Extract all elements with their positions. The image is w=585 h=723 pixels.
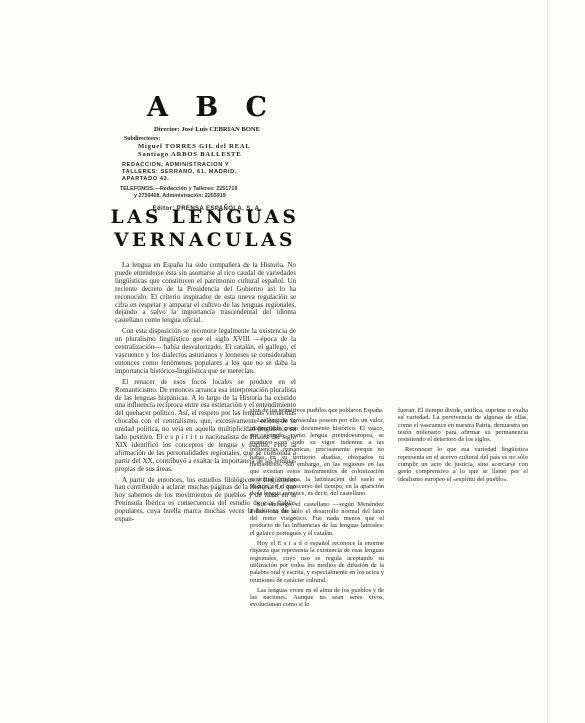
newspaper-page: A B C Director: José Luis CEBRIAN BONE S… [0,0,585,723]
paragraph: La lengua en España ha sido compañera de… [115,262,296,325]
paragraph: Reconocer lo que esa variedad lingüístic… [398,446,528,482]
paragraph: Las lenguas viven en el alma de los pueb… [250,587,384,609]
headline-line-1: LAS LENGUAS [110,206,300,229]
phones-block: TELEFONOS.—Redacción y Talleres: 2251719… [118,186,296,199]
subdirector-1: Miguel TORRES GIL del REAL [118,143,296,151]
address-line-3: APARTADO 43. [122,176,296,183]
phones-line-1: TELEFONOS.—Redacción y Talleres: 2251719 [120,186,296,193]
address-line-1: REDACCION, ADMINISTRACION Y [122,162,296,169]
paragraph: Las lenguas vernáculas poseen por ello u… [250,417,384,497]
address-line-2: TALLERES: SERRANO, 61, MADRID. [122,169,296,176]
article-column-2: sión de los primitivos pueblos que pobla… [250,407,384,612]
headline-line-2: VERNACULAS [110,229,300,252]
director-line: Director: José Luis CEBRIAN BONE [118,126,296,134]
address-block: REDACCION, ADMINISTRACION Y TALLERES: SE… [118,162,296,183]
paragraph: sión de los primitivos pueblos que pobla… [250,407,384,414]
paragraph: fueran. El tiempo divide, unifica, supri… [398,407,528,443]
phones-line-2: y 2759408. Administración: 2255919 [120,193,296,200]
scan-artifact-line [547,0,548,723]
paragraph: Hoy el E s t a d o español reconoce la e… [250,540,384,584]
paragraph: Sin embargo, el castellano —según Menénd… [250,501,384,537]
subdirectores-label: Subdirectores: [118,135,296,143]
article-headline: LAS LENGUAS VERNACULAS [110,206,300,252]
paragraph: Con esta disposición se reconoce legalme… [115,328,296,375]
subdirector-2: Santiago ARBOS BALLESTE [118,151,296,159]
newspaper-title: A B C [118,94,296,122]
article-column-3: fueran. El tiempo divide, unifica, supri… [398,407,528,486]
masthead: A B C Director: José Luis CEBRIAN BONE S… [118,94,296,212]
